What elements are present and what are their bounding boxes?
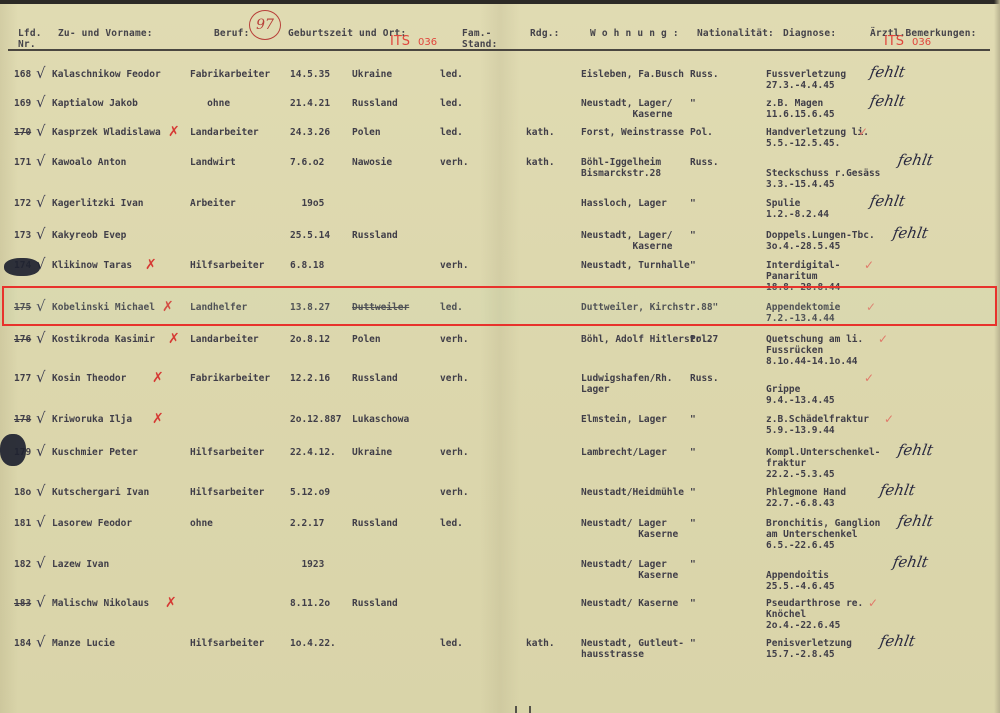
document-page: Lfd. Nr. Zu- und Vorname: Beruf: 97 Gebu… (0, 0, 1000, 713)
cell-fam: led. (440, 638, 463, 649)
header-geburt: Geburtszeit und Ort: (288, 28, 406, 39)
header-familienstand: Fam.- Stand: (462, 28, 498, 50)
checkmark-icon: √ (36, 409, 46, 427)
cell-nat: " (690, 638, 696, 649)
cell-diag: Appendoitis 25.5.-4.6.45 (766, 559, 835, 592)
cell-beruf: Landwirt (190, 157, 236, 168)
cell-fam: verh. (440, 447, 469, 458)
header-beruf: Beruf: (214, 28, 250, 39)
cell-nr: 171 (14, 157, 31, 168)
cell-ort: Lukaschowa (352, 414, 409, 425)
cell-beruf: Hilfsarbeiter (190, 447, 264, 458)
cell-ort: Russland (352, 598, 398, 609)
cell-fam: led. (440, 127, 463, 138)
checkmark-icon: √ (36, 93, 46, 111)
checkmark-icon: √ (36, 122, 46, 140)
handwritten-remark: fehlt (868, 63, 906, 81)
cell-nr: 177 (14, 373, 31, 384)
cell-beruf: ohne (190, 518, 213, 529)
cell-beruf: Hilfsarbeiter (190, 260, 264, 271)
cell-beruf: Hilfsarbeiter (190, 487, 264, 498)
cell-name: Kakyreob Evep (52, 230, 126, 241)
cell-nr: 169 (14, 98, 31, 109)
binding-mark (515, 706, 531, 713)
cell-nat: " (690, 598, 696, 609)
handwritten-remark: fehlt (896, 512, 934, 530)
cell-ort: Ukraine (352, 447, 392, 458)
cell-fam: verh. (440, 487, 469, 498)
cell-wohn: Neustadt, Turnhalle (581, 260, 690, 271)
cell-rel: kath. (526, 127, 555, 138)
cell-diag: Steckschuss r.Gesäss 3.3.-15.4.45 (766, 157, 880, 190)
cell-beruf: Arbeiter (190, 198, 236, 209)
cell-ort: Nawosie (352, 157, 392, 168)
cell-beruf: Landarbeiter (190, 334, 259, 345)
cell-ort: Ukraine (352, 69, 392, 80)
cell-name: Kuschmier Peter (52, 447, 138, 458)
header-name: Zu- und Vorname: (58, 28, 153, 39)
cell-wohn: Hassloch, Lager (581, 198, 667, 209)
cell-nat: " (690, 487, 696, 498)
cell-beruf: Landarbeiter (190, 127, 259, 138)
cell-diag: Spulie 1.2.-8.2.44 (766, 198, 829, 220)
red-x-mark-icon: ✗ (168, 124, 180, 140)
cell-geb: 24.3.26 (290, 127, 330, 138)
checkmark-icon: √ (36, 193, 46, 211)
cell-nr: 18o (14, 487, 31, 498)
cell-nr: 182 (14, 559, 31, 570)
cell-name: Kutschergari Ivan (52, 487, 149, 498)
cell-diag: Fussverletzung 27.3.-4.4.45 (766, 69, 846, 91)
cell-name: Kawoalo Anton (52, 157, 126, 168)
cell-beruf: Fabrikarbeiter (190, 69, 270, 80)
cell-nat: " (690, 260, 696, 271)
cell-beruf: Hilfsarbeiter (190, 638, 264, 649)
cell-nr: 181 (14, 518, 31, 529)
cell-fam: led. (440, 98, 463, 109)
cell-geb: 22.4.12. (290, 447, 336, 458)
cell-geb: 1o.4.22. (290, 638, 336, 649)
handwritten-remark: fehlt (891, 553, 929, 571)
cell-ort: Russland (352, 518, 398, 529)
its-stamp-left: ITS036 (390, 34, 437, 49)
cell-nat: Russ. (690, 157, 719, 168)
cell-name: Lazew Ivan (52, 559, 109, 570)
cell-ort: Russland (352, 230, 398, 241)
cell-ort: Polen (352, 334, 381, 345)
cell-name: Kaptialow Jakob (52, 98, 138, 109)
cell-nr: 183 (14, 598, 31, 609)
cell-nat: Pol. (690, 334, 713, 345)
cell-nat: " (690, 559, 696, 570)
cell-wohn: Eisleben, Fa.Busch (581, 69, 684, 80)
cell-geb: 14.5.35 (290, 69, 330, 80)
handwritten-remark: fehlt (868, 92, 906, 110)
cell-wohn: Neustadt/ Lager Kaserne (581, 518, 678, 540)
cell-nat: " (690, 447, 696, 458)
cell-fam: verh. (440, 157, 469, 168)
cell-nr: 176 (14, 334, 31, 345)
cell-name: Malischw Nikolaus (52, 598, 149, 609)
cell-geb: 2o.8.12 (290, 334, 330, 345)
cell-wohn: Elmstein, Lager (581, 414, 667, 425)
red-check-icon: ✓ (878, 332, 888, 346)
cell-fam: led. (440, 518, 463, 529)
cell-wohn: Neustadt/ Lager Kaserne (581, 559, 678, 581)
cell-nat: Pol. (690, 127, 713, 138)
cell-rel: kath. (526, 638, 555, 649)
header-wohnung: W o h n u n g : (590, 28, 679, 39)
cell-nr: 170 (14, 127, 31, 138)
checkmark-icon: √ (36, 633, 46, 651)
cell-diag: Penisverletzung 15.7.-2.8.45 (766, 638, 852, 660)
cell-nat: " (690, 98, 696, 109)
cell-geb: 8.11.2o (290, 598, 330, 609)
cell-geb: 12.2.16 (290, 373, 330, 384)
cell-diag: z.B.Schädelfraktur 5.9.-13.9.44 (766, 414, 869, 436)
cell-name: Manze Lucie (52, 638, 115, 649)
cell-geb: 21.4.21 (290, 98, 330, 109)
cell-diag: Phlegmone Hand 22.7.-6.8.43 (766, 487, 846, 509)
cell-diag: Grippe 9.4.-13.4.45 (766, 373, 835, 406)
checkmark-icon: √ (36, 554, 46, 572)
handwritten-remark: fehlt (896, 151, 934, 169)
red-check-icon: ✓ (864, 371, 874, 385)
cell-geb: 2o.12.887 (290, 414, 341, 425)
cell-fam: verh. (440, 260, 469, 271)
right-edge (994, 0, 1000, 713)
cell-geb: 7.6.o2 (290, 157, 324, 168)
cell-name: Klikinow Taras (52, 260, 132, 271)
handwritten-remark: fehlt (878, 632, 916, 650)
cell-name: Kriworuka Ilja (52, 414, 132, 425)
ink-blot (0, 434, 26, 466)
cell-nat: Russ. (690, 373, 719, 384)
header-diagnose: Diagnose: (783, 28, 836, 39)
cell-wohn: Neustadt, Lager/ Kaserne (581, 230, 673, 252)
cell-wohn: Neustadt/Heidmühle (581, 487, 684, 498)
cell-nr: 178 (14, 414, 31, 425)
top-edge (0, 0, 1000, 4)
red-x-mark-icon: ✗ (152, 411, 164, 427)
cell-nr: 173 (14, 230, 31, 241)
cell-diag: z.B. Magen 11.6.15.6.45 (766, 98, 835, 120)
red-x-mark-icon: ✗ (145, 257, 157, 273)
circled-page-number: 97 (249, 10, 281, 40)
cell-diag: Doppels.Lungen-Tbc. 3o.4.-28.5.45 (766, 230, 875, 252)
cell-ort: Russland (352, 98, 398, 109)
cell-wohn: Neustadt, Gutleut- hausstrasse (581, 638, 684, 660)
cell-wohn: Neustadt/ Kaserne (581, 598, 678, 609)
cell-name: Kosin Theodor (52, 373, 126, 384)
header-religion: Rdg.: (530, 28, 560, 39)
cell-nat: " (690, 230, 696, 241)
highlighted-row-box (2, 286, 997, 326)
red-x-mark-icon: ✗ (165, 595, 177, 611)
checkmark-icon: √ (36, 593, 46, 611)
red-check-icon: ✓ (864, 258, 874, 272)
cell-nat: Russ. (690, 69, 719, 80)
header-divider (8, 49, 990, 51)
cell-nat: " (690, 518, 696, 529)
handwritten-remark: fehlt (896, 441, 934, 459)
cell-wohn: Lambrecht/Lager (581, 447, 667, 458)
checkmark-icon: √ (36, 482, 46, 500)
cell-rel: kath. (526, 157, 555, 168)
cell-ort: Polen (352, 127, 381, 138)
cell-wohn: Böhl-Iggelheim Bismarckstr.28 (581, 157, 661, 179)
cell-name: Kagerlitzki Ivan (52, 198, 144, 209)
cell-name: Kalaschnikow Feodor (52, 69, 161, 80)
checkmark-icon: √ (36, 64, 46, 82)
cell-geb: 1923 (290, 559, 324, 570)
cell-geb: 5.12.o9 (290, 487, 330, 498)
handwritten-remark: fehlt (868, 192, 906, 210)
cell-diag: Quetschung am li. Fussrücken 8.1o.44-14.… (766, 334, 863, 367)
cell-nr: 168 (14, 69, 31, 80)
handwritten-remark: fehlt (878, 481, 916, 499)
cell-diag: Handverletzung li. 5.5.-12.5.45. (766, 127, 869, 149)
cell-geb: 25.5.14 (290, 230, 330, 241)
red-check-icon: ✓ (868, 596, 878, 610)
checkmark-icon: √ (36, 513, 46, 531)
cell-nr: 172 (14, 198, 31, 209)
cell-wohn: Forst, Weinstrasse (581, 127, 684, 138)
red-x-mark-icon: ✗ (152, 370, 164, 386)
red-check-icon: ✓ (884, 412, 894, 426)
cell-name: Kasprzek Wladislawa (52, 127, 161, 138)
header-nationalitaet: Nationalität: (697, 28, 774, 39)
cell-name: Kostikroda Kasimir (52, 334, 155, 345)
checkmark-icon: √ (36, 368, 46, 386)
cell-beruf: Fabrikarbeiter (190, 373, 270, 384)
its-stamp-right: ITS036 (884, 34, 931, 49)
handwritten-remark: fehlt (891, 224, 929, 242)
cell-fam: verh. (440, 373, 469, 384)
cell-geb: 2.2.17 (290, 518, 324, 529)
cell-diag: Bronchitis, Ganglion am Unterschenkel 6.… (766, 518, 880, 551)
cell-beruf: ohne (190, 98, 230, 109)
checkmark-icon: √ (36, 152, 46, 170)
checkmark-icon: √ (36, 225, 46, 243)
ink-blot (4, 258, 40, 276)
red-x-mark-icon: ✗ (168, 331, 180, 347)
cell-wohn: Neustadt, Lager/ Kaserne (581, 98, 673, 120)
header-nr: Lfd. Nr. (18, 28, 42, 50)
cell-ort: Russland (352, 373, 398, 384)
checkmark-icon: √ (36, 442, 46, 460)
red-check-icon: ✓ (858, 125, 868, 139)
cell-wohn: Ludwigshafen/Rh. Lager (581, 373, 673, 395)
cell-diag: Pseudarthrose re. Knöchel 2o.4.-22.6.45 (766, 598, 863, 631)
checkmark-icon: √ (36, 329, 46, 347)
cell-fam: verh. (440, 334, 469, 345)
cell-nat: " (690, 198, 696, 209)
cell-geb: 6.8.18 (290, 260, 324, 271)
cell-fam: led. (440, 69, 463, 80)
cell-geb: 19o5 (290, 198, 324, 209)
cell-name: Lasorew Feodor (52, 518, 132, 529)
cell-nr: 184 (14, 638, 31, 649)
cell-nat: " (690, 414, 696, 425)
cell-diag: Kompl.Unterschenkel- fraktur 22.2.-5.3.4… (766, 447, 880, 480)
